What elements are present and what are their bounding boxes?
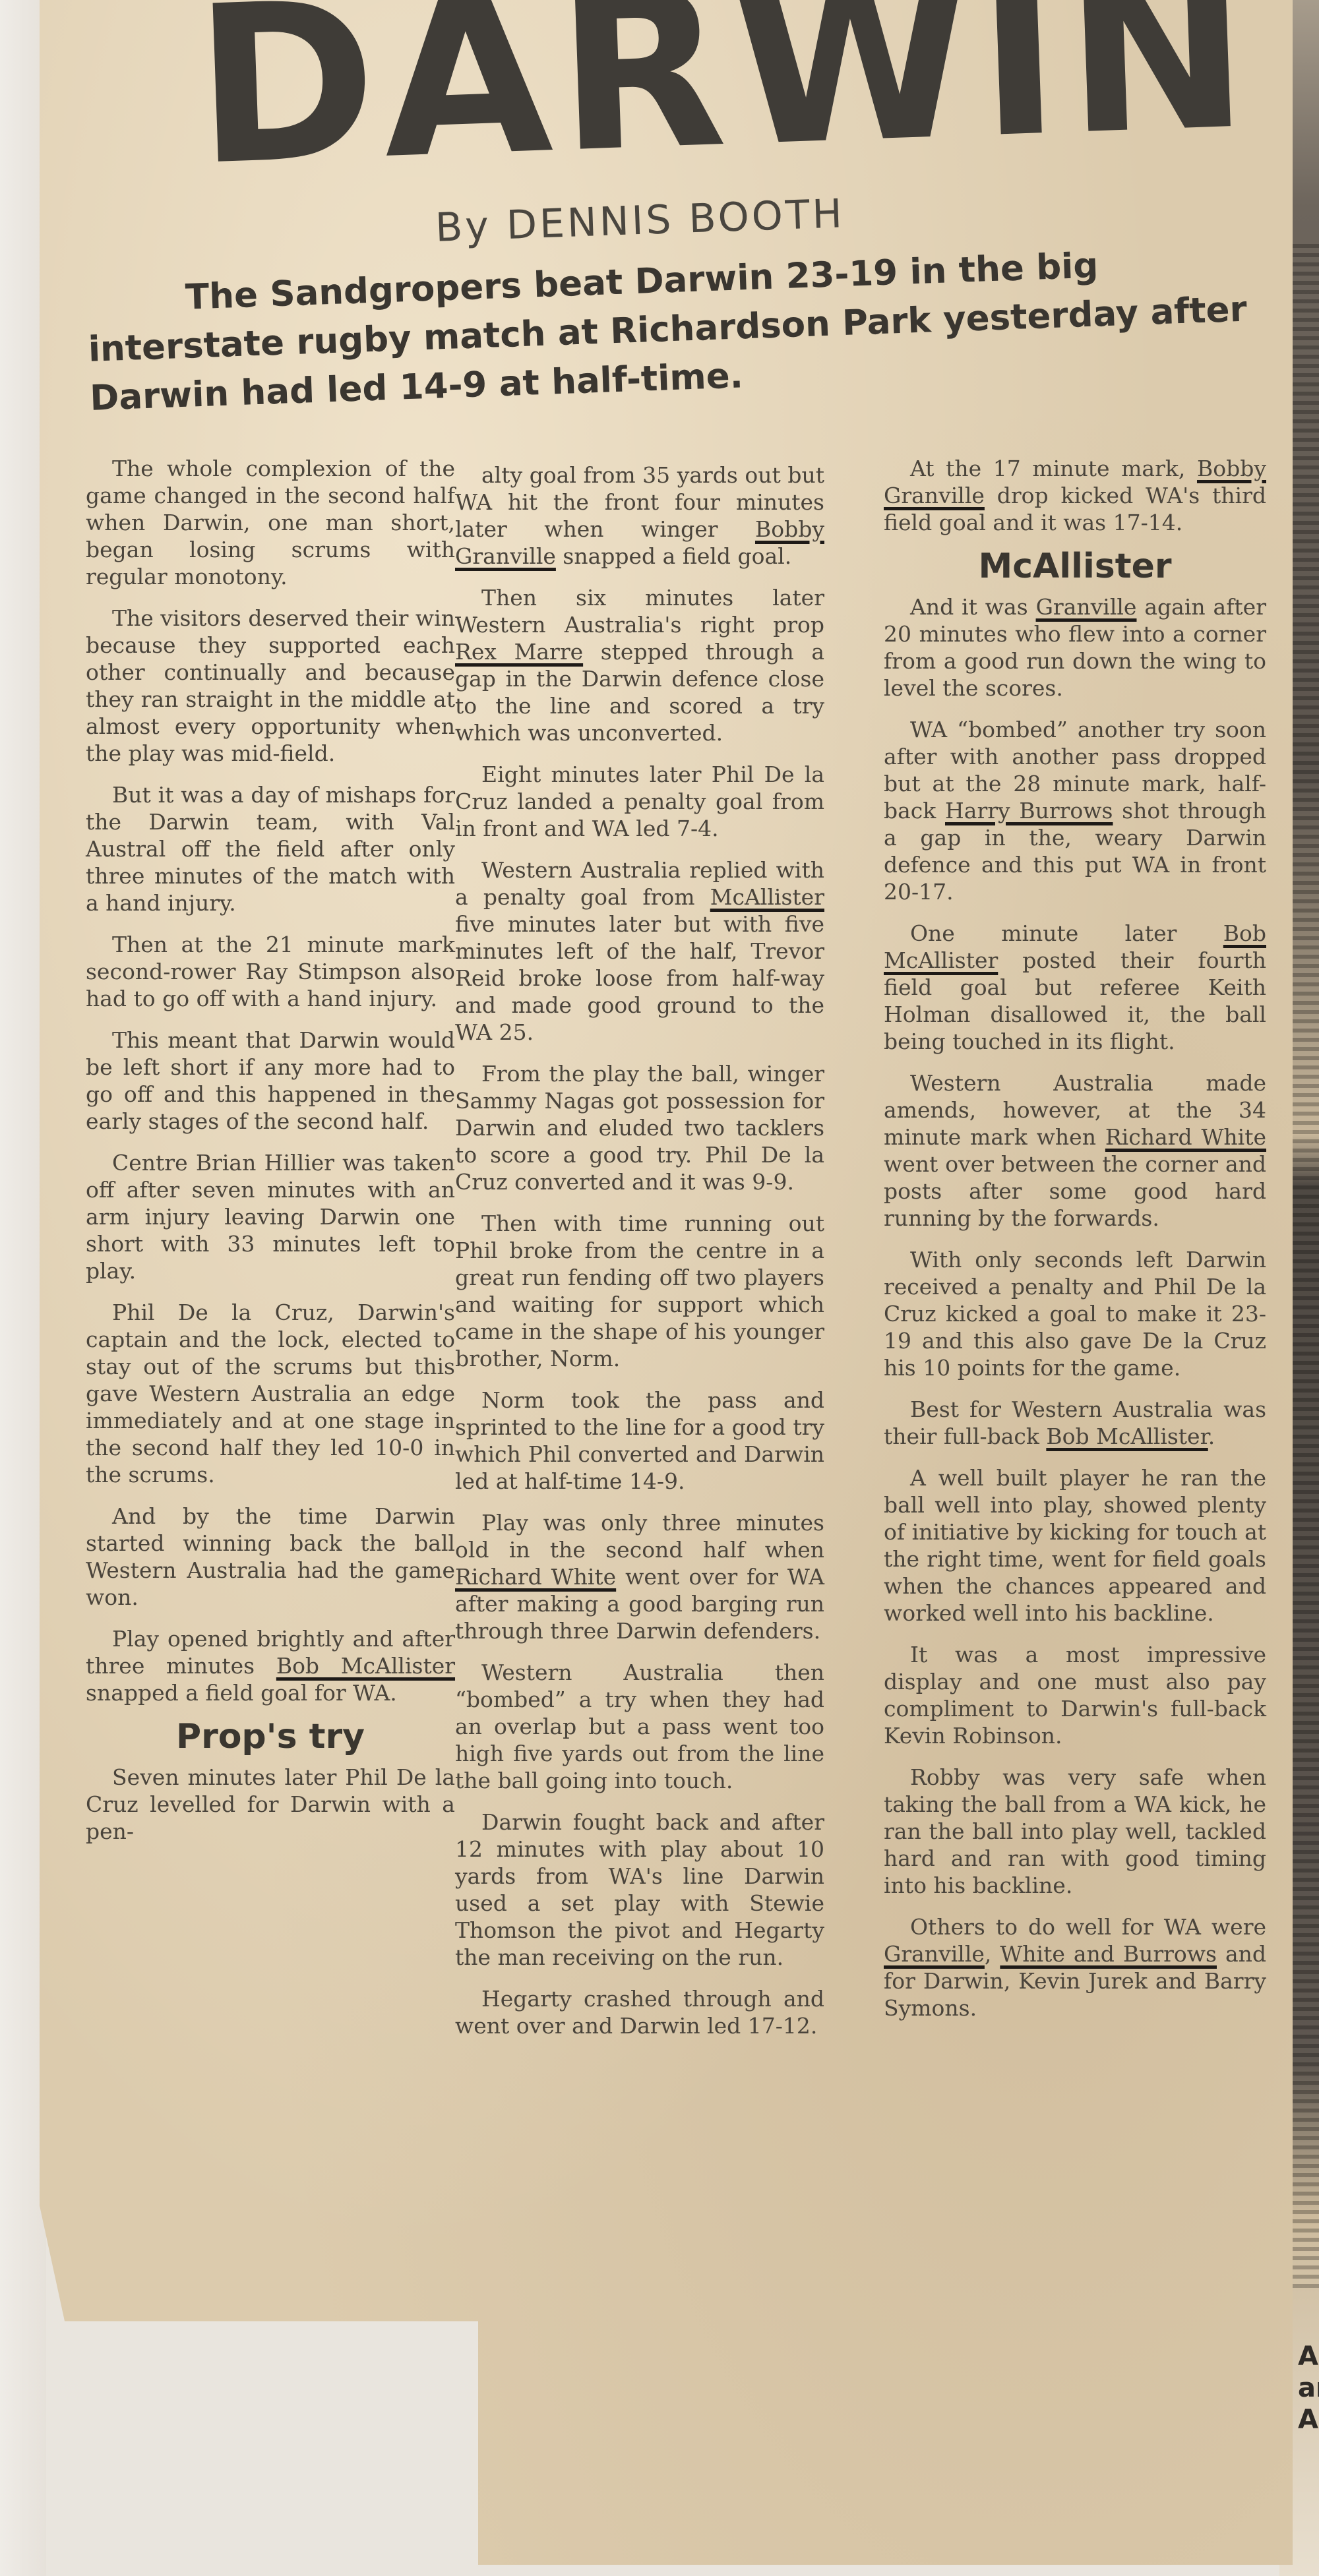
article-paragraph: Western Australia then “bombed” a try wh…: [455, 1659, 824, 1794]
fragment-letter: ar: [1298, 2372, 1319, 2404]
article-paragraph: Then with time running out Phil broke fr…: [455, 1210, 824, 1372]
article-paragraph: Play was only three minutes old in the s…: [455, 1509, 824, 1644]
article-paragraph: From the play the ball, winger Sammy Nag…: [455, 1060, 824, 1195]
underlined-name: Bob McAllister: [1046, 1423, 1208, 1449]
article-column-1: The whole complexion of the game changed…: [86, 455, 455, 1859]
article-paragraph: Then at the 21 minute mark second-rower …: [86, 931, 455, 1012]
underlined-name: Rex Marre: [455, 639, 583, 665]
article-paragraph: It was a most impressive display and one…: [884, 1641, 1266, 1749]
fragment-letter: A: [1298, 2404, 1319, 2436]
article-paragraph: Play opened brightly and after three min…: [86, 1625, 455, 1706]
article-paragraph: Eight minutes later Phil De la Cruz land…: [455, 761, 824, 842]
article-paragraph: Seven minutes later Phil De la Cruz leve…: [86, 1764, 455, 1845]
article-paragraph: Norm took the pass and sprinted to the l…: [455, 1387, 824, 1495]
underlined-name: Bobby Granville: [884, 456, 1266, 508]
underlined-name: Richard White: [1105, 1124, 1266, 1150]
article-paragraph: The whole complexion of the game changed…: [86, 455, 455, 590]
underlined-name: Granville: [884, 1941, 985, 1967]
masthead-title: DARWIN: [191, 0, 1259, 214]
underlined-name: McAllister: [710, 884, 824, 910]
article-paragraph: WA “bombed” another try soon after with …: [884, 716, 1266, 905]
article-paragraph: One minute later Bob McAllister posted t…: [884, 920, 1266, 1055]
underlined-name: White and Burrows: [1000, 1941, 1217, 1967]
article-paragraph: Western Australia made amends, however, …: [884, 1069, 1266, 1232]
article-paragraph: alty goal from 35 yards out but WA hit t…: [455, 462, 824, 570]
backing-paper-left: [0, 0, 46, 2576]
article-paragraph: Western Australia replied with a penalty…: [455, 856, 824, 1046]
article-paragraph: With only seconds left Darwin received a…: [884, 1246, 1266, 1381]
article-paragraph: Hegarty crashed through and went over an…: [455, 1985, 824, 2039]
article-paragraph: Darwin fought back and after 12 minutes …: [455, 1809, 824, 1971]
article-paragraph: This meant that Darwin would be left sho…: [86, 1027, 455, 1135]
article-paragraph: Others to do well for WA were Granville,…: [884, 1913, 1266, 2022]
subheading: Prop's try: [86, 1723, 455, 1751]
standfirst: The Sandgropers beat Darwin 23-19 in the…: [86, 235, 1304, 423]
article-paragraph: And it was Granville again after 20 minu…: [884, 593, 1266, 702]
underlined-name: Bobby Granville: [455, 516, 824, 569]
adjacent-article-fragment: AarA: [1298, 2341, 1319, 2436]
fragment-letter: A: [1298, 2341, 1319, 2372]
article-paragraph: And by the time Darwin started winning b…: [86, 1503, 455, 1611]
article-paragraph: Centre Brian Hillier was taken off after…: [86, 1149, 455, 1284]
article-column-3: At the 17 minute mark, Bobby Granville d…: [884, 455, 1266, 2036]
underlined-name: Richard White: [455, 1564, 616, 1590]
underlined-name: Bob McAllister: [884, 920, 1266, 973]
article-paragraph: At the 17 minute mark, Bobby Granville d…: [884, 455, 1266, 536]
article-paragraph: The visitors deserved their win because …: [86, 605, 455, 767]
article-paragraph: Robby was very safe when taking the ball…: [884, 1764, 1266, 1899]
underlined-name: Bob McAllister: [276, 1653, 455, 1679]
article-paragraph: A well built player he ran the ball well…: [884, 1464, 1266, 1627]
subheading: McAllister: [884, 553, 1266, 580]
underlined-name: Harry Burrows: [945, 798, 1113, 824]
article-paragraph: But it was a day of mishaps for the Darw…: [86, 781, 455, 916]
article-column-2: alty goal from 35 yards out but WA hit t…: [455, 462, 824, 2054]
article-paragraph: Phil De la Cruz, Darwin's captain and th…: [86, 1299, 455, 1488]
underlined-name: Granville: [1036, 594, 1137, 620]
article-paragraph: Best for Western Australia was their ful…: [884, 1396, 1266, 1450]
article-paragraph: Then six minutes later Western Australia…: [455, 584, 824, 746]
